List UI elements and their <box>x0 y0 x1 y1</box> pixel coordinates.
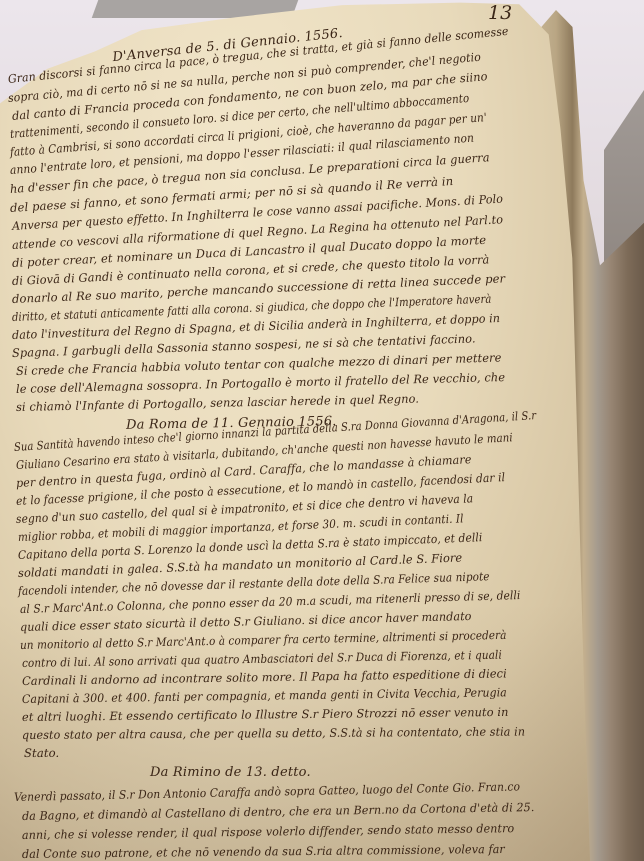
section-heading-rimino: Da Rimino de 13. detto. <box>150 765 311 780</box>
text-line: Stato. <box>24 746 59 760</box>
folio-number: 13 <box>488 2 512 24</box>
